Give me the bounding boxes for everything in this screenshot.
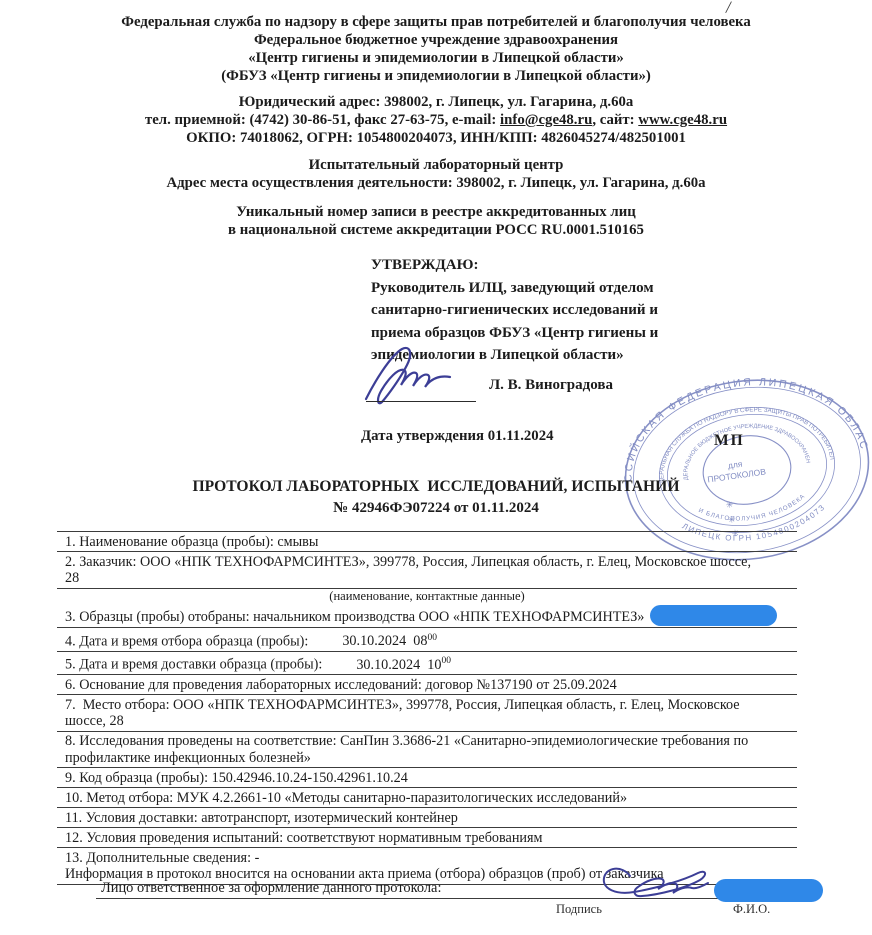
protocol-title: ПРОТОКОЛ ЛАБОРАТОРНЫХ ИССЛЕДОВАНИЙ, ИСПЫ… [0,478,872,496]
website-text: www.cge48.ru [638,112,727,128]
field-basis: 6. Основание для проведения лабораторных… [57,675,797,695]
sampling-time-superscript: 00 [427,633,437,643]
responsible-signature [596,858,720,906]
lab-address: Адрес места осуществления деятельности: … [0,174,872,192]
stamp-center-line-1: для [727,459,743,471]
contacts-line: тел. приемной: (4742) 30-86-51, факс 27-… [0,111,872,129]
field-customer: 2. Заказчик: ООО «НПК ТЕХНОФАРМСИНТЕЗ», … [57,552,797,589]
stamp-outer-text: РОССИЙСКАЯ ФЕДЕРАЦИЯ ЛИПЕЦКАЯ ОБЛАСТЬ [621,377,871,486]
org-line-2: Федеральное бюджетное учреждение здравоо… [0,31,872,49]
accreditation-line-2: в национальной системе аккредитации РОСС… [0,221,872,239]
field-sample-code: 9. Код образца (пробы): 150.42946.10.24-… [57,768,797,788]
org-line-4: (ФБУЗ «Центр гигиены и эпидемиологии в Л… [0,67,872,85]
field-sample-name: 1. Наименование образца (пробы): смывы [57,532,797,552]
contacts-prefix: тел. приемной: (4742) 30-86-51, факс 27-… [145,112,500,128]
org-codes: ОКПО: 74018062, ОГРН: 1054800204073, ИНН… [0,129,872,147]
approver-position-1: Руководитель ИЛЦ, заведующий отделом [371,277,658,300]
lab-center-title: Испытательный лабораторный центр [0,156,872,174]
email-text: info@cge48.ru [500,112,592,128]
field-sampling-method: 10. Метод отбора: МУК 4.2.2661-10 «Метод… [57,788,797,808]
field-sampling-place: 7. Место отбора: ООО «НПК ТЕХНОФАРМСИНТЕ… [57,695,797,732]
stamp-place-label: МП [714,432,745,450]
protocol-fields: 1. Наименование образца (пробы): смывы 2… [57,531,797,885]
sampled-by-text: 3. Образцы (пробы) отобраны: начальником… [65,609,644,625]
field-customer-caption: (наименование, контактные данные) [57,589,797,604]
sampling-datetime-label: 4. Дата и время отбора образца (пробы): [65,633,308,649]
approver-name: Л. В. Виноградова [489,377,613,394]
accreditation-line-1: Уникальный номер записи в реестре аккред… [0,203,872,221]
field-delivery-datetime: 5. Дата и время доставки образца (пробы)… [57,652,797,676]
org-line-1: Федеральная служба по надзору в сфере за… [0,13,872,31]
approver-signature [360,345,462,405]
approver-position-3: приема образцов ФБУЗ «Центр гигиены и [371,322,658,345]
field-sampled-by: 3. Образцы (пробы) отобраны: начальником… [57,604,797,629]
legal-address: Юридический адрес: 398002, г. Липецк, ул… [0,93,872,111]
sampling-datetime-value: 30.10.2024 08 [342,633,427,649]
responsible-label: Лицо ответственное за оформление данного… [101,880,441,897]
approver-signature-line [366,401,476,402]
contacts-mid: , сайт: [592,112,638,128]
field-sampling-datetime: 4. Дата и время отбора образца (пробы):3… [57,628,797,652]
delivery-datetime-value: 30.10.2024 10 [356,657,441,673]
approval-date: Дата утверждения 01.11.2024 [361,428,554,445]
redaction-box-name [714,879,823,902]
name-caption: Ф.И.О. [733,902,770,917]
delivery-datetime-label: 5. Дата и время доставки образца (пробы)… [65,657,322,673]
approve-label: УТВЕРЖДАЮ: [371,254,658,277]
org-line-3: «Центр гигиены и эпидемиологии в Липецко… [0,49,872,67]
signature-caption: Подпись [556,902,602,917]
document-page: / Федеральная служба по надзору в сфере … [0,0,872,935]
approver-position-2: санитарно-гигиенических исследований и [371,299,658,322]
field-delivery-conditions: 11. Условия доставки: автотранспорт, изо… [57,808,797,828]
field-compliance: 8. Исследования проведены на соответстви… [57,732,797,769]
redaction-box [650,605,777,626]
document-header: Федеральная служба по надзору в сфере за… [0,13,872,239]
delivery-time-superscript: 00 [441,656,451,666]
protocol-number: № 42946ФЭ07224 от 01.11.2024 [0,500,872,517]
field-test-conditions: 12. Условия проведения испытаний: соотве… [57,828,797,848]
